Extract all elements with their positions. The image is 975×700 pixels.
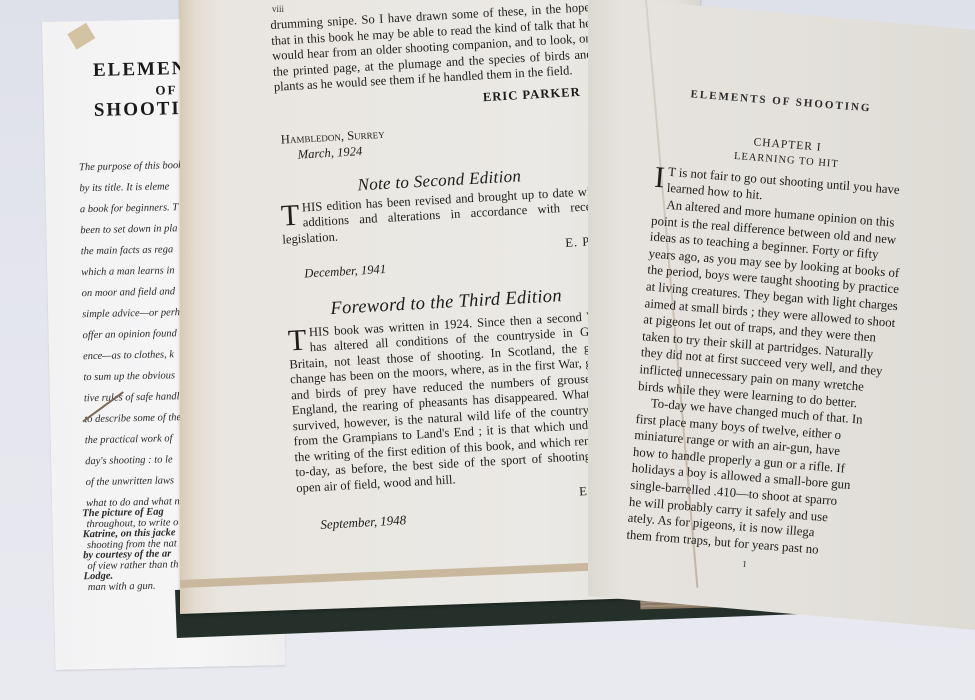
jacket-blurb-line: ence—as to clothes, k (83, 344, 193, 367)
jacket-blurb-line: been to set down in pla (80, 218, 190, 241)
jacket-blurb-line: The purpose of this book (79, 155, 189, 178)
jacket-title: ELEMEN OF SHOOTI (93, 59, 189, 120)
left-page-text: drumming snipe. So I have drawn some of … (270, 0, 618, 533)
jacket-blurb-line: simple advice—or perh (82, 302, 192, 325)
jacket-title-line2: SHOOTI (94, 98, 181, 121)
jacket-blurb-line: on moor and field and (81, 281, 191, 304)
jacket-blurb-line: offer an opinion found (82, 323, 192, 346)
folio-number: viii (272, 4, 284, 14)
jacket-blurb-line: a book for beginners. T (80, 197, 190, 220)
note-dropcap: T (280, 202, 300, 229)
chapter-body: IT is not fair to go out shooting until … (626, 163, 975, 569)
foreword-dropcap: T (287, 327, 307, 354)
chapter-dropcap: I (654, 165, 666, 192)
right-page-text: ELEMENTS OF SHOOTING CHAPTER I LEARNING … (624, 84, 975, 589)
jacket-blurb-line: day's shooting : to le (85, 449, 195, 472)
jacket-title-line1: ELEMEN (93, 58, 188, 81)
jacket-blurb-line: the practical work of (85, 428, 195, 451)
jacket-blurb-line: by its title. It is eleme (79, 176, 189, 199)
foreword-paragraph: THIS book was written in 1924. Since the… (287, 308, 616, 496)
jacket-blurb-line: to sum up the obvious (83, 365, 193, 388)
preface-ending: drumming snipe. So I have drawn some of … (270, 0, 594, 95)
jacket-blurb-line: tive rules of safe handl (84, 386, 194, 409)
jacket-blurb-line: which a man learns in (81, 260, 191, 283)
jacket-blurb-line: to describe some of the (84, 407, 194, 430)
jacket-blurb-line: the main facts as rega (81, 239, 191, 262)
jacket-torn-corner (67, 23, 95, 50)
